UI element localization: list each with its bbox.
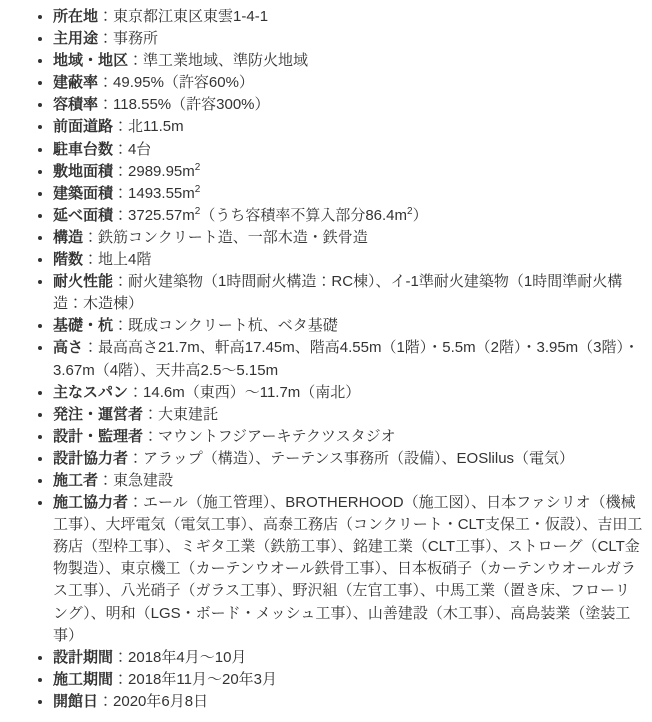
list-item: 高さ：最高高さ21.7m、軒高17.45m、階高4.55m（1階）・5.5m（2… [53,337,644,381]
label-separator: ： [98,30,113,47]
list-item: 地域・地区：準工業地域、準防火地域 [53,50,644,72]
list-item: 駐車台数：4台 [53,139,644,161]
label-separator: ： [113,185,128,202]
item-label: 基礎・杭 [53,317,113,334]
label-separator: ： [113,118,128,135]
item-value: 大東建託 [158,406,218,423]
label-separator: ： [113,273,128,290]
value-text: マウントフジアーキテクツスタジオ [158,428,396,445]
item-label: 前面道路 [53,118,113,135]
value-text: 北11.5m [128,118,184,135]
list-item: 延べ面積：3725.57m2（うち容積率不算入部分86.4m2） [53,205,644,227]
item-label: 駐車台数 [53,141,113,158]
item-label: 地域・地区 [53,52,128,69]
list-item: 敷地面積：2989.95m2 [53,161,644,183]
list-item: 主用途：事務所 [53,28,644,50]
list-item: 耐火性能：耐火建築物（1時間耐火構造：RC棟）、イ-1準耐火建築物（1時間準耐火… [53,271,644,315]
item-value: 2018年4月～10月 [128,649,246,666]
item-value: アラップ（構造）、テーテンス事務所（設備）、EOSlilus（電気） [143,450,574,467]
value-text: 大東建託 [158,406,218,423]
value-text: ） [413,207,428,224]
list-item: 発注・運営者：大東建託 [53,404,644,426]
item-label: 建築面積 [53,185,113,202]
item-label: 設計協力者 [53,450,128,467]
item-value: 地上4階 [98,251,151,268]
label-separator: ： [143,428,158,445]
item-value: 49.95%（許容60%） [113,74,254,91]
list-item: 前面道路：北11.5m [53,116,644,138]
label-separator: ： [113,671,128,688]
value-text: 最高高さ21.7m、軒高17.45m、階高4.55m（1階）・5.5m（2階）・… [53,339,639,378]
value-text: 1493.55m [128,185,195,202]
list-item: 開館日：2020年6月8日 [53,691,644,713]
item-value: 4台 [128,141,151,158]
item-value: 北11.5m [128,118,184,135]
item-label: 施工者 [53,472,98,489]
item-value: 2989.95m2 [128,163,200,180]
list-item: 階数：地上4階 [53,249,644,271]
building-spec-sheet: 所在地：東京都江東区東雲1-4-1主用途：事務所地域・地区：準工業地域、準防火地… [0,0,652,722]
item-value: 事務所 [113,30,158,47]
list-item: 主なスパン：14.6m（東西）～11.7m（南北） [53,382,644,404]
label-separator: ： [98,693,113,710]
value-text: 地上4階 [98,251,151,268]
value-text: 3725.57m [128,207,195,224]
item-label: 敷地面積 [53,163,113,180]
item-value: 3725.57m2（うち容積率不算入部分86.4m2） [128,207,428,224]
label-separator: ： [98,472,113,489]
value-text: 2989.95m [128,163,195,180]
label-separator: ： [113,141,128,158]
list-item: 容積率：118.55%（許容300%） [53,94,644,116]
value-text: 2018年4月～10月 [128,649,246,666]
label-separator: ： [83,229,98,246]
list-item: 建蔽率：49.95%（許容60%） [53,72,644,94]
value-text: 準工業地域、準防火地域 [143,52,308,69]
item-label: 主なスパン [53,384,128,401]
list-item: 施工期間：2018年11月～20年3月 [53,669,644,691]
list-item: 施工者：東急建設 [53,470,644,492]
label-separator: ： [83,339,98,356]
value-text: 耐火建築物（1時間耐火構造：RC棟）、イ-1準耐火建築物（1時間準耐火構造：木造… [53,273,622,312]
item-label: 施工期間 [53,671,113,688]
value-text: 2020年6月8日 [113,693,208,710]
item-label: 設計期間 [53,649,113,666]
item-label: 主用途 [53,30,98,47]
item-value: 1493.55m2 [128,185,200,202]
label-separator: ： [128,494,143,511]
item-value: 東急建設 [113,472,173,489]
item-label: 建蔽率 [53,74,98,91]
superscript: 2 [195,184,201,195]
item-value: 最高高さ21.7m、軒高17.45m、階高4.55m（1階）・5.5m（2階）・… [53,339,639,378]
value-text: アラップ（構造）、テーテンス事務所（設備）、EOSlilus（電気） [143,450,574,467]
item-label: 設計・監理者 [53,428,143,445]
value-text: 14.6m（東西）～11.7m（南北） [143,384,360,401]
item-label: 開館日 [53,693,98,710]
label-separator: ： [113,163,128,180]
list-item: 設計期間：2018年4月～10月 [53,647,644,669]
item-value: 耐火建築物（1時間耐火構造：RC棟）、イ-1準耐火建築物（1時間準耐火構造：木造… [53,273,622,312]
item-value: 東京都江東区東雲1-4-1 [113,8,268,25]
item-label: 延べ面積 [53,207,113,224]
item-value: 2018年11月～20年3月 [128,671,277,688]
value-text: 4台 [128,141,151,158]
item-value: マウントフジアーキテクツスタジオ [158,428,396,445]
value-text: 東京都江東区東雲1-4-1 [113,8,268,25]
spec-list: 所在地：東京都江東区東雲1-4-1主用途：事務所地域・地区：準工業地域、準防火地… [0,0,652,713]
item-value: 2020年6月8日 [113,693,208,710]
item-label: 高さ [53,339,83,356]
value-text: 鉄筋コンクリート造、一部木造・鉄骨造 [98,229,368,246]
list-item: 基礎・杭：既成コンクリート杭、ベタ基礎 [53,315,644,337]
item-value: エール（施工管理）、BROTHERHOOD（施工図）、日本ファシリオ（機械工事）… [53,494,642,644]
value-text: 118.55%（許容300%） [113,96,269,113]
item-label: 発注・運営者 [53,406,143,423]
list-item: 構造：鉄筋コンクリート造、一部木造・鉄骨造 [53,227,644,249]
value-text: （うち容積率不算入部分86.4m [200,207,407,224]
list-item: 所在地：東京都江東区東雲1-4-1 [53,6,644,28]
item-value: 118.55%（許容300%） [113,96,269,113]
item-value: 既成コンクリート杭、ベタ基礎 [128,317,338,334]
item-label: 耐火性能 [53,273,113,290]
label-separator: ： [128,384,143,401]
label-separator: ： [98,96,113,113]
label-separator: ： [113,317,128,334]
value-text: エール（施工管理）、BROTHERHOOD（施工図）、日本ファシリオ（機械工事）… [53,494,642,644]
label-separator: ： [98,8,113,25]
item-label: 所在地 [53,8,98,25]
item-label: 容積率 [53,96,98,113]
value-text: 既成コンクリート杭、ベタ基礎 [128,317,338,334]
label-separator: ： [98,74,113,91]
label-separator: ： [113,649,128,666]
item-label: 構造 [53,229,83,246]
item-label: 施工協力者 [53,494,128,511]
value-text: 事務所 [113,30,158,47]
list-item: 建築面積：1493.55m2 [53,183,644,205]
list-item: 設計協力者：アラップ（構造）、テーテンス事務所（設備）、EOSlilus（電気） [53,448,644,470]
item-value: 準工業地域、準防火地域 [143,52,308,69]
value-text: 2018年11月～20年3月 [128,671,277,688]
label-separator: ： [143,406,158,423]
list-item: 設計・監理者：マウントフジアーキテクツスタジオ [53,426,644,448]
list-item: 施工協力者：エール（施工管理）、BROTHERHOOD（施工図）、日本ファシリオ… [53,492,644,647]
superscript: 2 [195,162,201,173]
label-separator: ： [128,450,143,467]
label-separator: ： [113,207,128,224]
value-text: 東急建設 [113,472,173,489]
item-value: 14.6m（東西）～11.7m（南北） [143,384,360,401]
value-text: 49.95%（許容60%） [113,74,254,91]
label-separator: ： [83,251,98,268]
item-label: 階数 [53,251,83,268]
label-separator: ： [128,52,143,69]
item-value: 鉄筋コンクリート造、一部木造・鉄骨造 [98,229,368,246]
